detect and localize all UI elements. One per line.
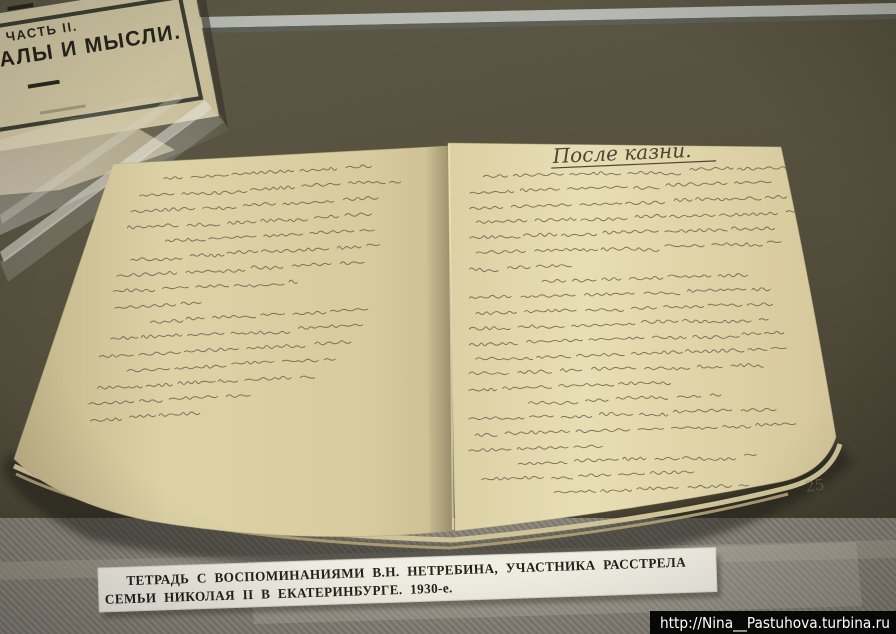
museum-photo: ЧАСТЬ II. АЛЫ И МЫСЛИ. После казни. 25 Т… [0, 0, 896, 634]
photo-vignette [0, 0, 896, 634]
watermark-bar: http://Nina__Pastuhova.turbina.ru [650, 611, 896, 634]
watermark-text: http://Nina__Pastuhova.turbina.ru [660, 614, 890, 633]
